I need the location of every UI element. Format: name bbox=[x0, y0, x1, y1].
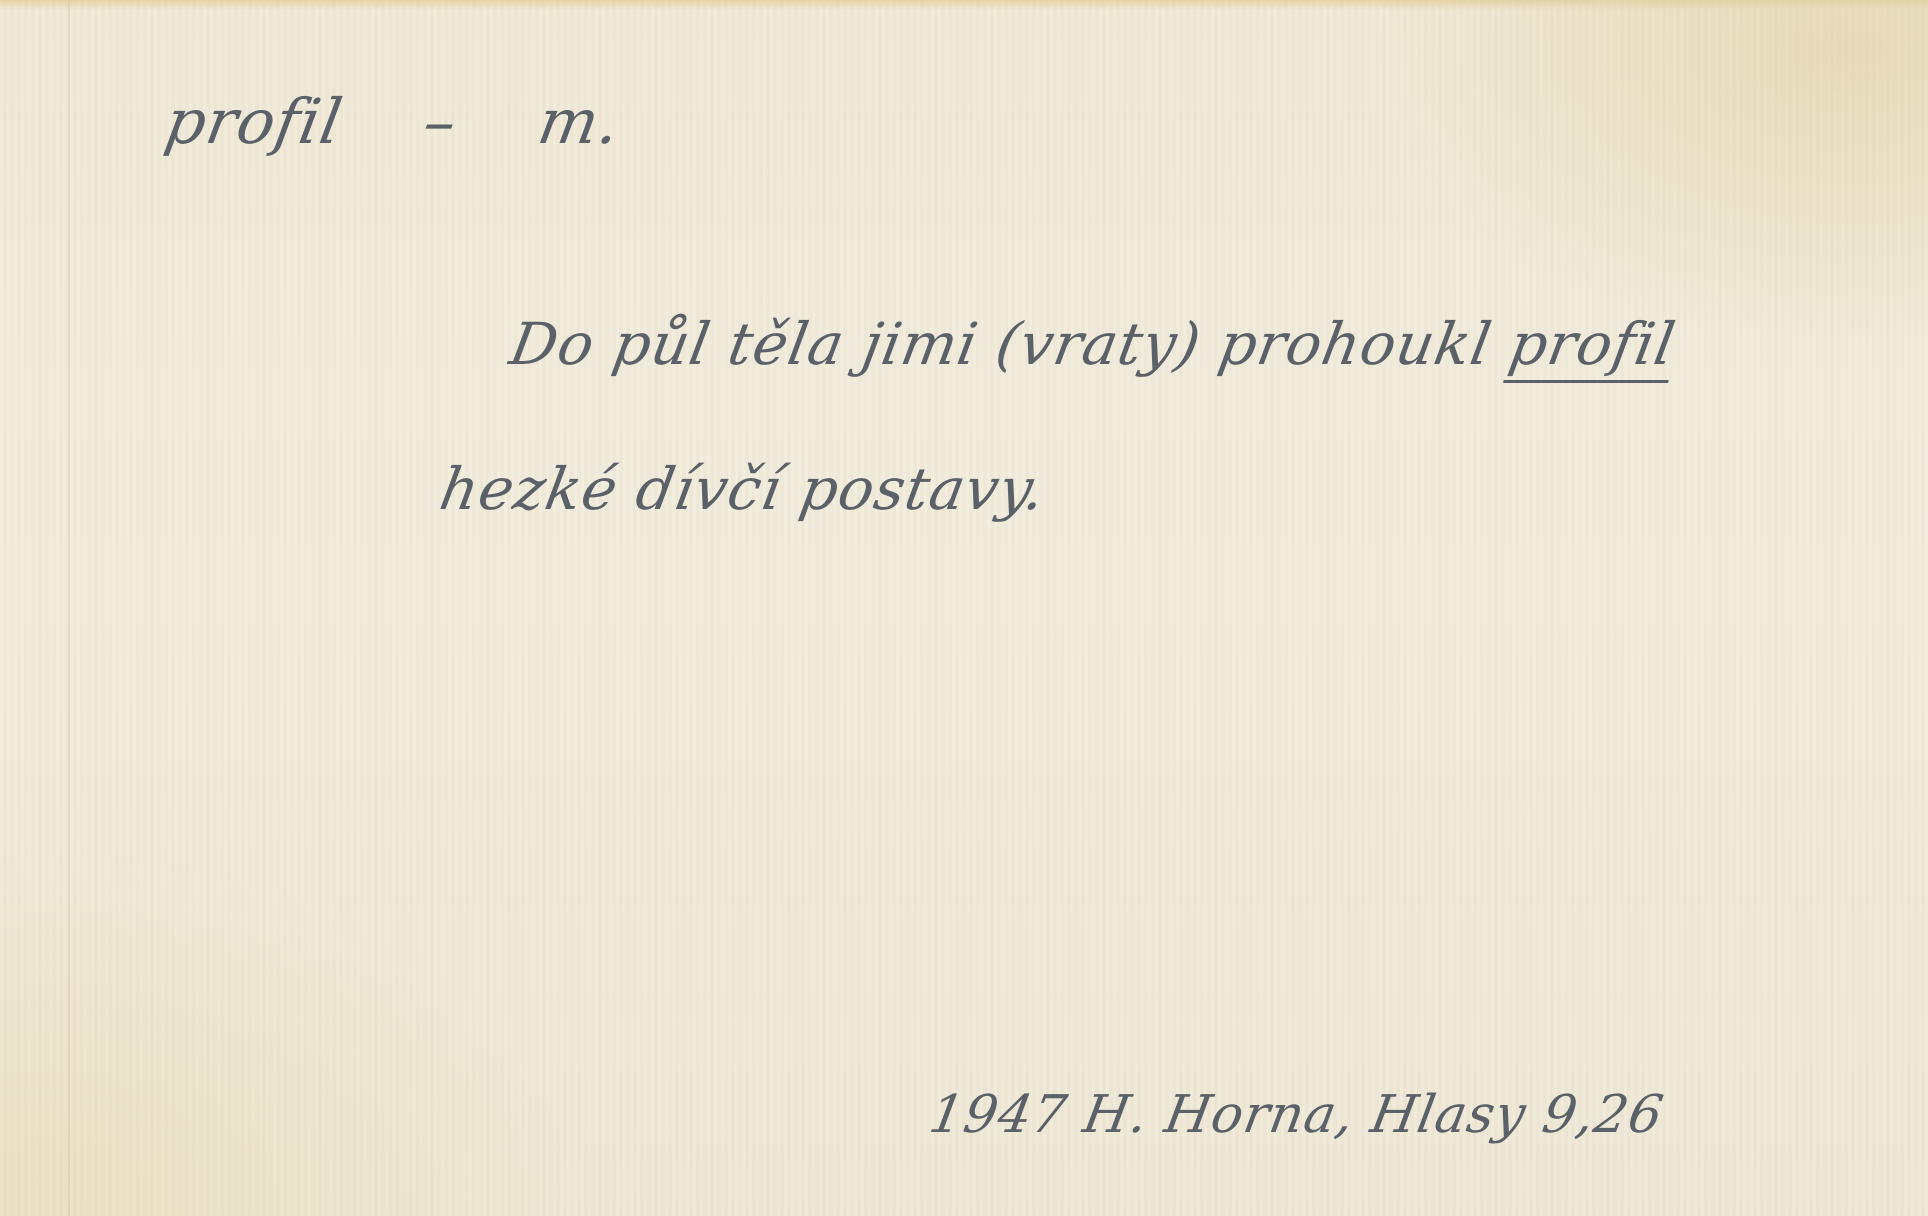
source-citation: 1947 H. Horna, Hlasy 9,26 bbox=[925, 1085, 1668, 1145]
headword: profil bbox=[160, 85, 348, 158]
headword-separator: – bbox=[418, 85, 463, 158]
card-margin-line bbox=[68, 0, 70, 1216]
quotation-line-1: Do půl těla jimi (vraty) prohoukl profil bbox=[505, 310, 1681, 378]
quotation-text: Do půl těla jimi (vraty) prohoukl bbox=[505, 310, 1516, 378]
citation-text: 1947 H. Horna, Hlasy 9,26 bbox=[925, 1085, 1668, 1145]
quotation-text-continued: hezké dívčí postavy. bbox=[435, 455, 1051, 523]
index-card: profil – m. Do půl těla jimi (vraty) pro… bbox=[0, 0, 1928, 1216]
grammatical-gender: m. bbox=[533, 85, 626, 158]
headword-entry: profil – m. bbox=[160, 85, 626, 158]
aged-top-edge bbox=[0, 0, 1928, 10]
quotation-headword-underlined: profil bbox=[1504, 310, 1681, 383]
quotation-line-2: hezké dívčí postavy. bbox=[435, 455, 1051, 523]
